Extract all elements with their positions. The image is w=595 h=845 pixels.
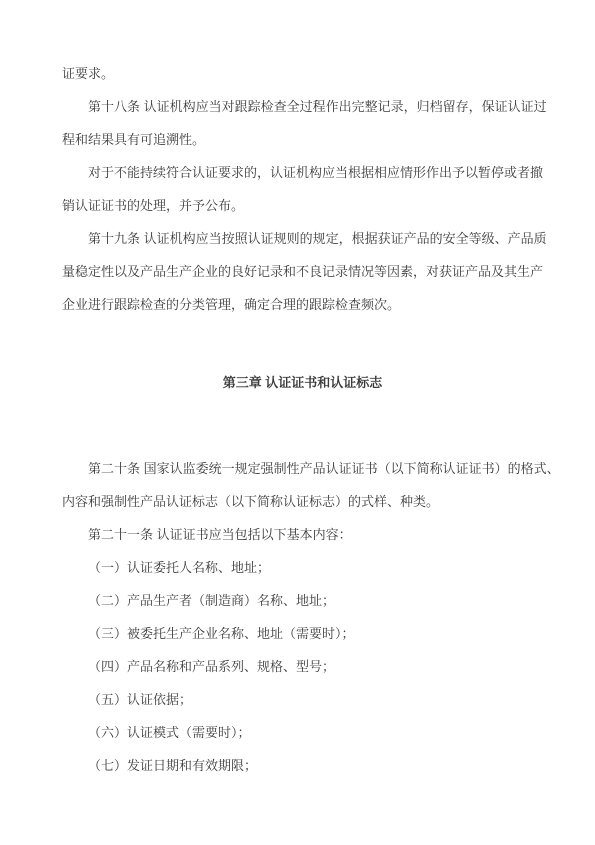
paragraph-article-18: 第十八条 认证机构应当对跟踪检查全过程作出完整记录，归档留存，保证认证过 程和结… xyxy=(62,90,543,156)
paragraph-article-18b: 对于不能持续符合认证要求的，认证机构应当根据相应情形作出予以暂停或者撤 销认证证… xyxy=(62,156,543,222)
paragraph-article-19: 第十九条 认证机构应当按照认证规则的规定，根据获证产品的安全等级、产品质 量稳定… xyxy=(62,222,543,321)
paragraph-continuation: 证要求。 xyxy=(62,57,543,90)
list-item-1: （一）认证委托人名称、地址； xyxy=(62,551,543,584)
list-item-2: （二）产品生产者（制造商）名称、地址； xyxy=(62,584,543,617)
list-item-6: （六）认证模式（需要时）； xyxy=(62,716,543,749)
list-item-5: （五）认证依据； xyxy=(62,683,543,716)
list-item-7: （七）发证日期和有效期限； xyxy=(62,749,543,782)
list-item-3: （三）被委托生产企业名称、地址（需要时）； xyxy=(62,617,543,650)
paragraph-article-21: 第二十一条 认证证书应当包括以下基本内容： xyxy=(62,518,543,551)
chapter-3-heading: 第三章 认证证书和认证标志 xyxy=(62,366,543,399)
document-page: 证要求。 第十八条 认证机构应当对跟踪检查全过程作出完整记录，归档留存，保证认证… xyxy=(0,0,595,845)
list-item-4: （四）产品名称和产品系列、规格、型号； xyxy=(62,650,543,683)
paragraph-article-20: 第二十条 国家认监委统一规定强制性产品认证证书（以下简称认证证书）的格式、 内容… xyxy=(62,452,543,518)
